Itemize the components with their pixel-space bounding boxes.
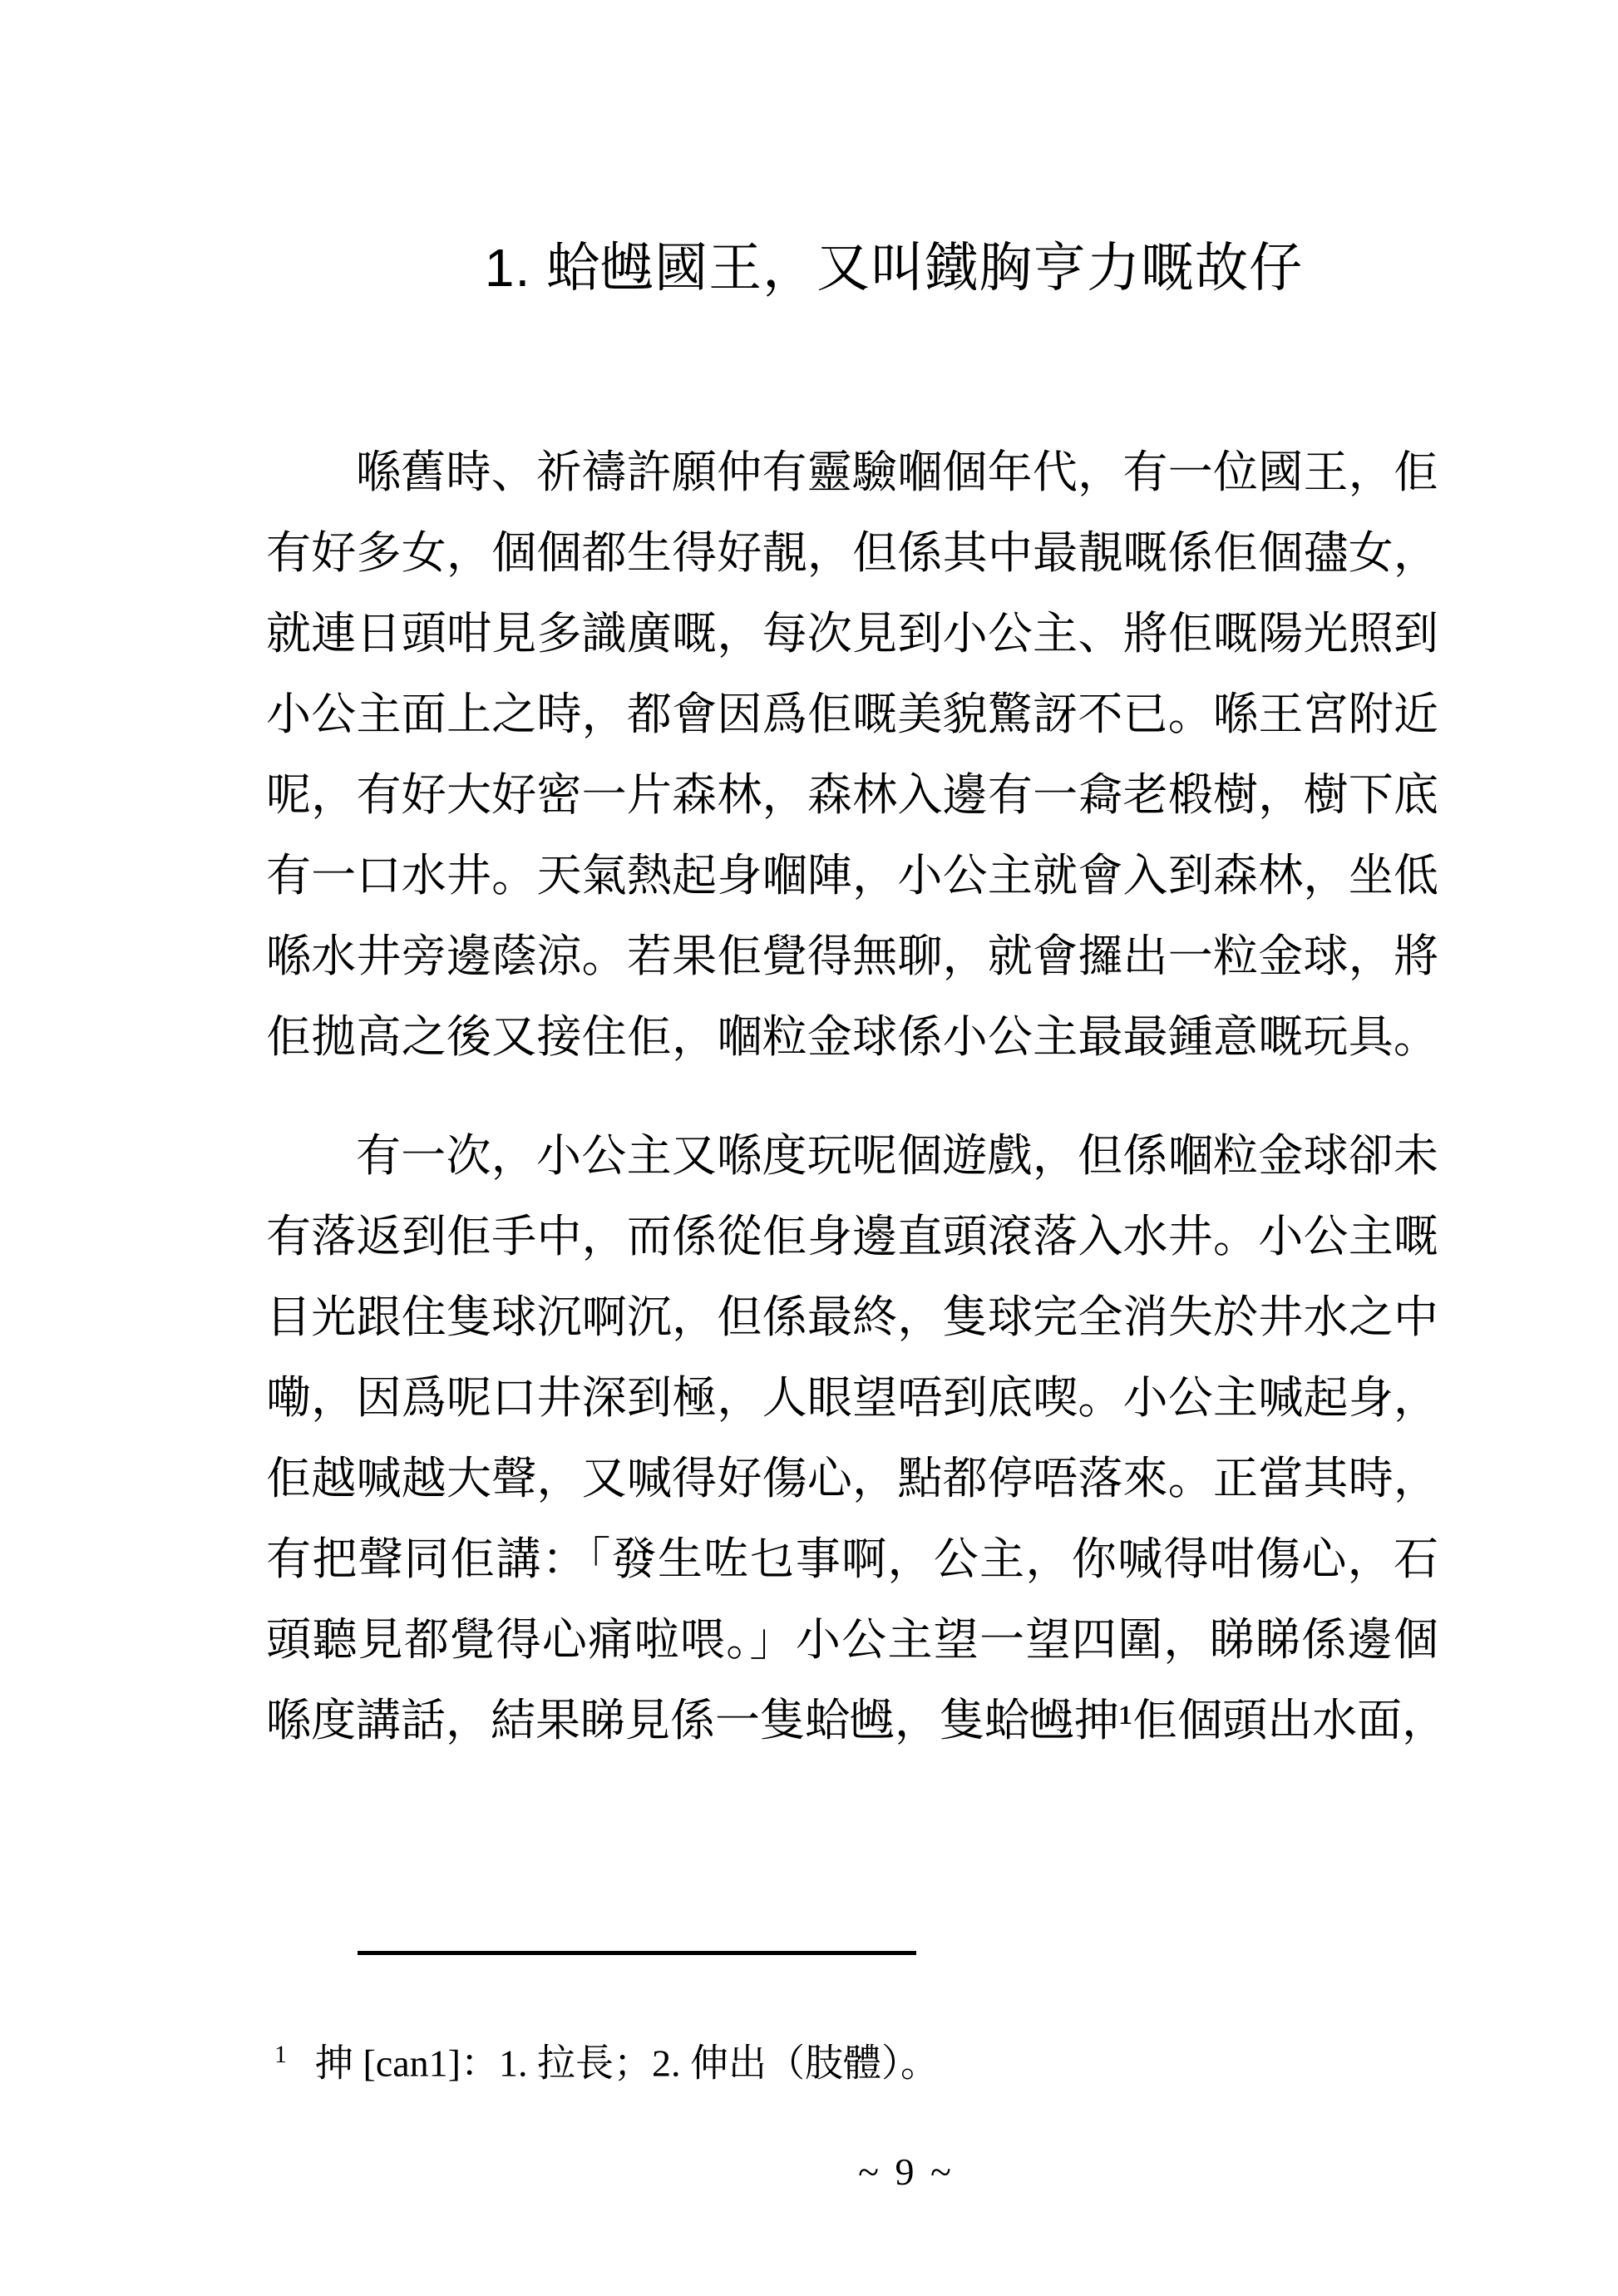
body-line: 就連日頭咁見多識廣嘅，每次見到小公主、將佢嘅陽光照到 [266,594,1438,674]
body-line: 有把聲同佢講：「發生咗乜事啊，公主，你喊得咁傷心，石 [266,1519,1438,1600]
body-line: 喺水井旁邊蔭涼。若果佢覺得無聊，就會攞出一粒金球，將 [266,916,1438,997]
body-line: 嘞，因爲呢口井深到極，人眼望唔到底喫。小公主喊起身， [266,1358,1438,1439]
body-line: 有落返到佢手中，而係從佢身邊直頭滾落入水井。小公主嘅 [266,1197,1438,1277]
body-line: 呢，有好大好密一片森林，森林入邊有一樖老椴樹，樹下底 [266,755,1438,836]
body-line: 有一口水井。天氣熱起身嗰陣，小公主就會入到森林，坐低 [266,836,1438,916]
body-line: 佢越喊越大聲，又喊得好傷心，點都停唔落來。正當其時， [266,1439,1438,1519]
body-line: 目光跟住隻球沉啊沉，但係最終，隻球完全消失於井水之中 [266,1277,1438,1358]
footnote: 1抻 [can1]：1. 拉長；2. 伸出（肢體）。 [274,2029,1480,2089]
body-line: 有好多女，個個都生得好靚，但係其中最靚嘅係佢個孻女， [266,513,1438,594]
footnote-ref: 1 [274,2041,287,2068]
body-line: 有一次，小公主又喺度玩呢個遊戲，但係嗰粒金球卻未 [266,1116,1438,1197]
body-line: 喺舊時、祈禱許願仲有靈驗嗰個年代，有一位國王，佢 [266,432,1438,513]
body-line: 喺度講話，結果睇見係一隻蛤乸，隻蛤乸抻¹佢個頭出水面， [266,1681,1438,1761]
body-line: 小公主面上之時，都會因爲佢嘅美貌驚訝不已。喺王宮附近 [266,674,1438,755]
footnote-separator [358,1951,916,1955]
book-page: 1. 蛤乸國王，又叫鐵胸亨力嘅故仔 喺舊時、祈禱許願仲有靈驗嗰個年代，有一位國王… [0,0,1618,2296]
body-line: 佢拋高之後又接住佢，嗰粒金球係小公主最最鍾意嘅玩具。 [266,997,1438,1078]
footnote-text: 抻 [can1]：1. 拉長；2. 伸出（肢體）。 [315,2042,939,2084]
page-title: 1. 蛤乸國王，又叫鐵胸亨力嘅故仔 [308,226,1480,309]
body-line: 頭聽見都覺得心痛啦喂。」小公主望一望四圍，睇睇係邊個 [266,1600,1438,1681]
page-number: ~ 9 ~ [320,2147,1492,2197]
story-paragraph-1: 喺舊時、祈禱許願仲有靈驗嗰個年代，有一位國王，佢 有好多女，個個都生得好靚，但係… [266,432,1438,1078]
story-paragraph-2: 有一次，小公主又喺度玩呢個遊戲，但係嗰粒金球卻未 有落返到佢手中，而係從佢身邊直… [266,1116,1438,1761]
